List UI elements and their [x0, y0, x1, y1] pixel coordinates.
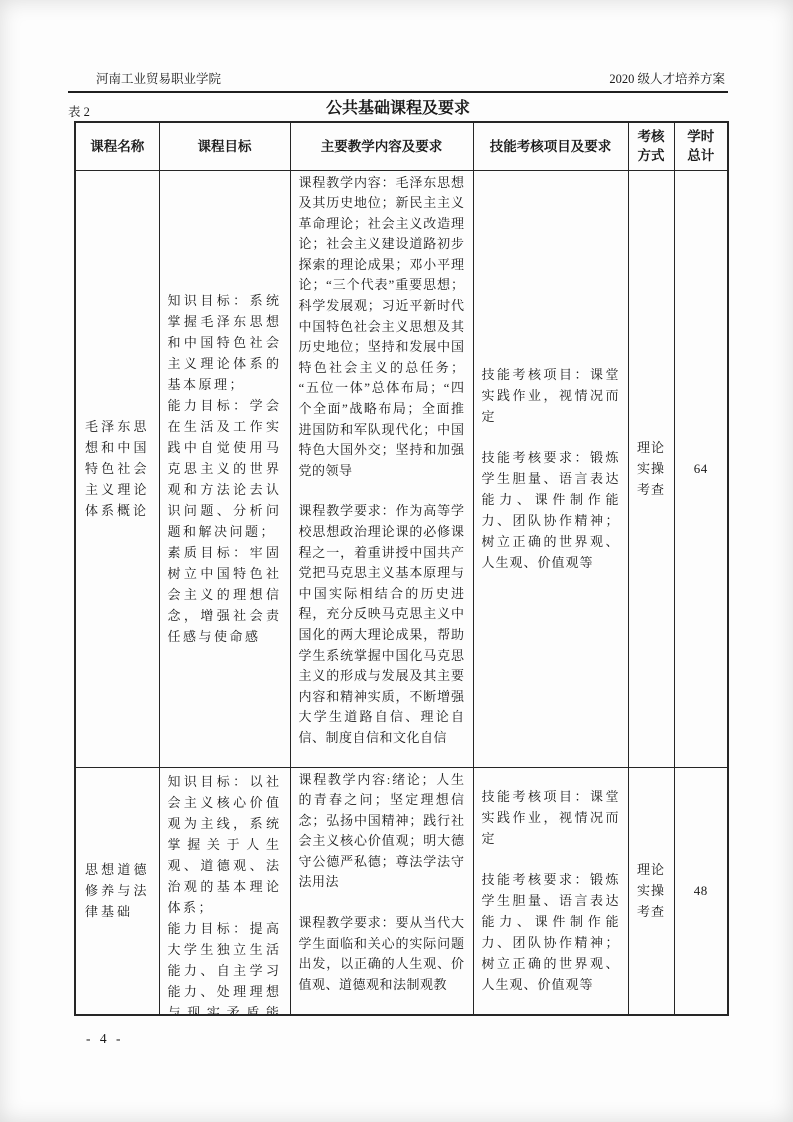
- page-number: - 4 -: [86, 1031, 124, 1047]
- cell-course-name: 毛泽东思想和中国特色社会主义理论体系概论: [75, 170, 159, 767]
- objective-ability: 能力目标：提高大学生独立生活能力、自主学习能力、处理理想与现实矛盾能力、道德修养…: [168, 918, 282, 1014]
- teaching-content-text: 课程教学内容:绪论；人生的青春之问；坚定理想信念；弘扬中国精神；践行社会主义核心…: [299, 770, 465, 894]
- objective-knowledge: 知识目标：系统掌握毛泽东思想和中国特色社会主义理论体系的基本原理；: [168, 290, 282, 395]
- table-number-label: 表 2: [68, 102, 90, 120]
- cell-course-objectives: 知识目标：系统掌握毛泽东思想和中国特色社会主义理论体系的基本原理； 能力目标：学…: [159, 170, 290, 767]
- cell-total-hours: 48: [674, 767, 728, 1015]
- cell-teaching-content: 课程教学内容:绪论；人生的青春之问；坚定理想信念；弘扬中国精神；践行社会主义核心…: [290, 767, 473, 1015]
- page-header: 河南工业贸易职业学院 2020 级人才培养方案: [96, 71, 725, 87]
- column-header-course-name: 课程名称: [75, 122, 159, 170]
- column-header-teaching-content: 主要教学内容及要求: [290, 122, 473, 170]
- column-header-skill-assessment: 技能考核项目及要求: [473, 122, 628, 170]
- table-row-moral-law-course: 思想道德修养与法律基础 知识目标：以社会主义核心价值观为主线，系统掌握关于人生观…: [75, 767, 728, 1015]
- cell-total-hours: 64: [674, 170, 728, 767]
- assessment-method-text: 理论实操考查: [634, 859, 669, 922]
- teaching-requirement-text: 课程教学要求：要从当代大学生面临和关心的实际问题出发，以正确的人生观、价值观、道…: [299, 913, 465, 995]
- cell-assessment-method: 理论实操考查: [628, 170, 674, 767]
- total-hours-value: 64: [694, 458, 708, 479]
- course-name-text: 毛泽东思想和中国特色社会主义理论体系概论: [85, 416, 150, 521]
- header-school-name: 河南工业贸易职业学院: [96, 71, 221, 87]
- assessment-project-text: 技能考核项目：课堂实践作业，视情况而定: [482, 364, 620, 427]
- column-header-assessment-method: 考核 方式: [628, 122, 674, 170]
- objective-ability: 能力目标：学会在生活及工作实践中自觉使用马克思主义的世界观和方法论去认识问题、分…: [168, 395, 282, 542]
- table-row-mao-theory-course: 毛泽东思想和中国特色社会主义理论体系概论 知识目标：系统掌握毛泽东思想和中国特色…: [75, 170, 728, 767]
- total-hours-value: 48: [694, 880, 708, 901]
- table-caption-row: 公共基础课程及要求 表 2: [68, 98, 728, 119]
- cell-course-name: 思想道德修养与法律基础: [75, 767, 159, 1015]
- cell-skill-assessment: 技能考核项目：课堂实践作业，视情况而定 技能考核要求：锻炼学生胆量、语言表达能力…: [473, 767, 628, 1015]
- assessment-requirement-text: 技能考核要求：锻炼学生胆量、语言表达能力、课件制作能力、团队协作精神；树立正确的…: [482, 869, 620, 995]
- cell-teaching-content: 课程教学内容：毛泽东思想及其历史地位；新民主主义革命理论；社会主义改造理论；社会…: [290, 170, 473, 767]
- course-table: 课程名称 课程目标 主要教学内容及要求 技能考核项目及要求 考核 方式 学时 总…: [74, 121, 729, 1016]
- cell-assessment-method: 理论实操考查: [628, 767, 674, 1015]
- objective-knowledge: 知识目标：以社会主义核心价值观为主线，系统掌握关于人生观、道德观、法治观的基本理…: [168, 771, 282, 918]
- assessment-requirement-text: 技能考核要求：锻炼学生胆量、语言表达能力、课件制作能力、团队协作精神；树立正确的…: [482, 447, 620, 573]
- objective-quality: 素质目标：牢固树立中国特色社会主义的理想信念，增强社会责任感与使命感: [168, 542, 282, 647]
- assessment-project-text: 技能考核项目：课堂实践作业，视情况而定: [482, 786, 620, 849]
- course-name-text: 思想道德修养与法律基础: [85, 859, 150, 922]
- column-header-course-objectives: 课程目标: [159, 122, 290, 170]
- document-page: 河南工业贸易职业学院 2020 级人才培养方案 公共基础课程及要求 表 2 课程…: [0, 0, 793, 1122]
- teaching-content-text: 课程教学内容：毛泽东思想及其历史地位；新民主主义革命理论；社会主义改造理论；社会…: [299, 173, 465, 482]
- cell-course-objectives: 知识目标：以社会主义核心价值观为主线，系统掌握关于人生观、道德观、法治观的基本理…: [159, 767, 290, 1015]
- cell-skill-assessment: 技能考核项目：课堂实践作业，视情况而定 技能考核要求：锻炼学生胆量、语言表达能力…: [473, 170, 628, 767]
- assessment-method-text: 理论实操考查: [634, 437, 669, 500]
- page-title: 公共基础课程及要求: [68, 98, 728, 119]
- column-header-total-hours: 学时 总计: [674, 122, 728, 170]
- teaching-requirement-text: 课程教学要求：作为高等学校思想政治理论课的必修课程之一，着重讲授中国共产党把马克…: [299, 501, 465, 748]
- header-divider: [68, 91, 728, 93]
- header-program-name: 2020 级人才培养方案: [609, 71, 725, 87]
- table-header-row: 课程名称 课程目标 主要教学内容及要求 技能考核项目及要求 考核 方式 学时 总…: [75, 122, 728, 170]
